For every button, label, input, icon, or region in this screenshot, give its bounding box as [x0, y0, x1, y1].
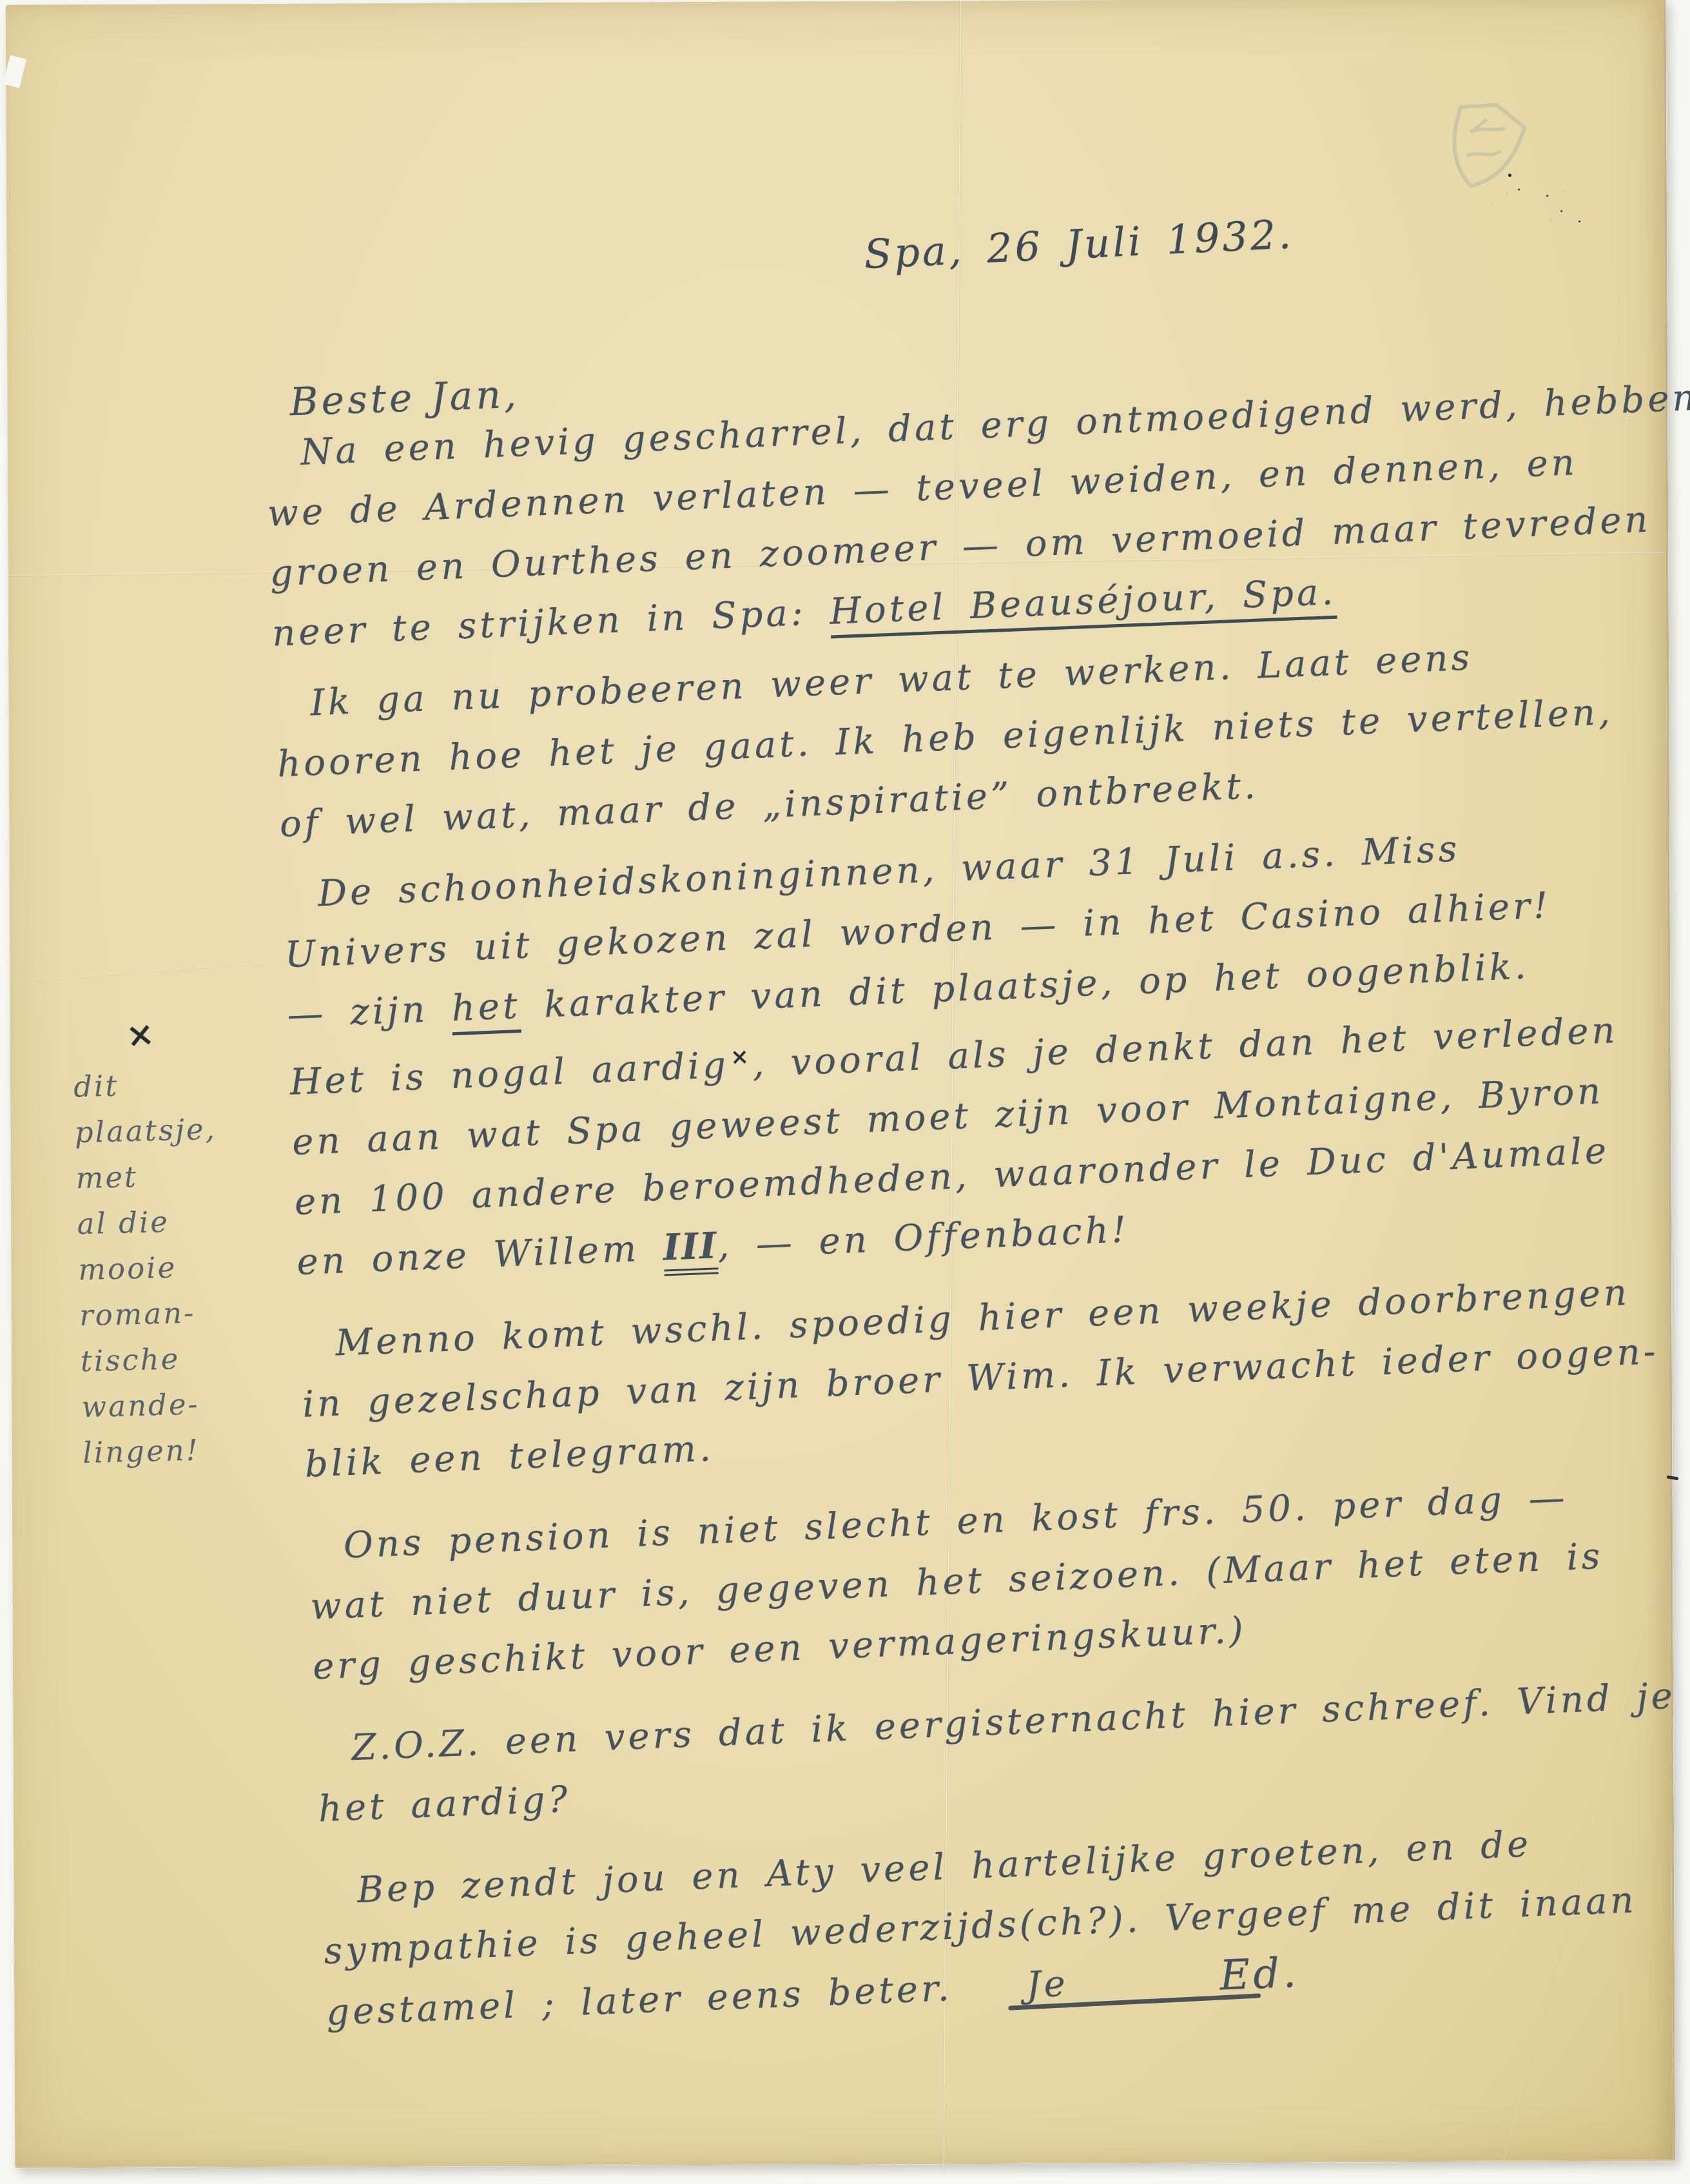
asterisk-marker: × [730, 1044, 752, 1070]
underlined-hotel-name: Hotel Beauséjour, Spa. [829, 571, 1337, 639]
line-text: Het is nogal aardig [289, 1044, 730, 1104]
scanned-letter: Spa, 26 Juli 1932. Beste Jan, Na een hev… [0, 0, 1690, 2184]
margin-note-line: al die [77, 1196, 271, 1247]
underlined-word: het [451, 985, 522, 1035]
margin-note-line: tische [80, 1334, 275, 1385]
closing-je: Je [1025, 1962, 1069, 2006]
margin-note-line: met [75, 1151, 270, 1202]
line-text: , — en Offenbach! [717, 1209, 1130, 1267]
margin-note-marker: × [124, 1014, 156, 1056]
letter-body: Na een hevig gescharrel, dat erg ontmoed… [264, 369, 1690, 2043]
margin-note-line: wande- [81, 1380, 276, 1430]
signature: Ed. [1219, 1949, 1300, 2000]
minor-crease [10, 961, 287, 984]
underlined-roman-numeral: III [662, 1224, 719, 1276]
line-text: en onze Willem [296, 1227, 664, 1283]
margin-note-line: lingen! [83, 1425, 277, 1476]
margin-note-line: roman- [79, 1288, 273, 1339]
ink-specks [1508, 173, 1511, 177]
margin-note-line: dit [73, 1059, 267, 1110]
shield-watermark-icon [1433, 91, 1534, 200]
line-text: neer te strijken in Spa: [271, 591, 831, 655]
margin-note: dit plaatsje, met al die mooie roman- ti… [73, 1059, 277, 1476]
letter-date: Spa, 26 Juli 1932. [863, 210, 1295, 278]
margin-note-line: mooie [77, 1242, 272, 1293]
letter-paper: Spa, 26 Juli 1932. Beste Jan, Na een hev… [6, 0, 1676, 2169]
line-text: — zijn [286, 988, 452, 1036]
margin-note-line: plaatsje, [74, 1105, 269, 1156]
